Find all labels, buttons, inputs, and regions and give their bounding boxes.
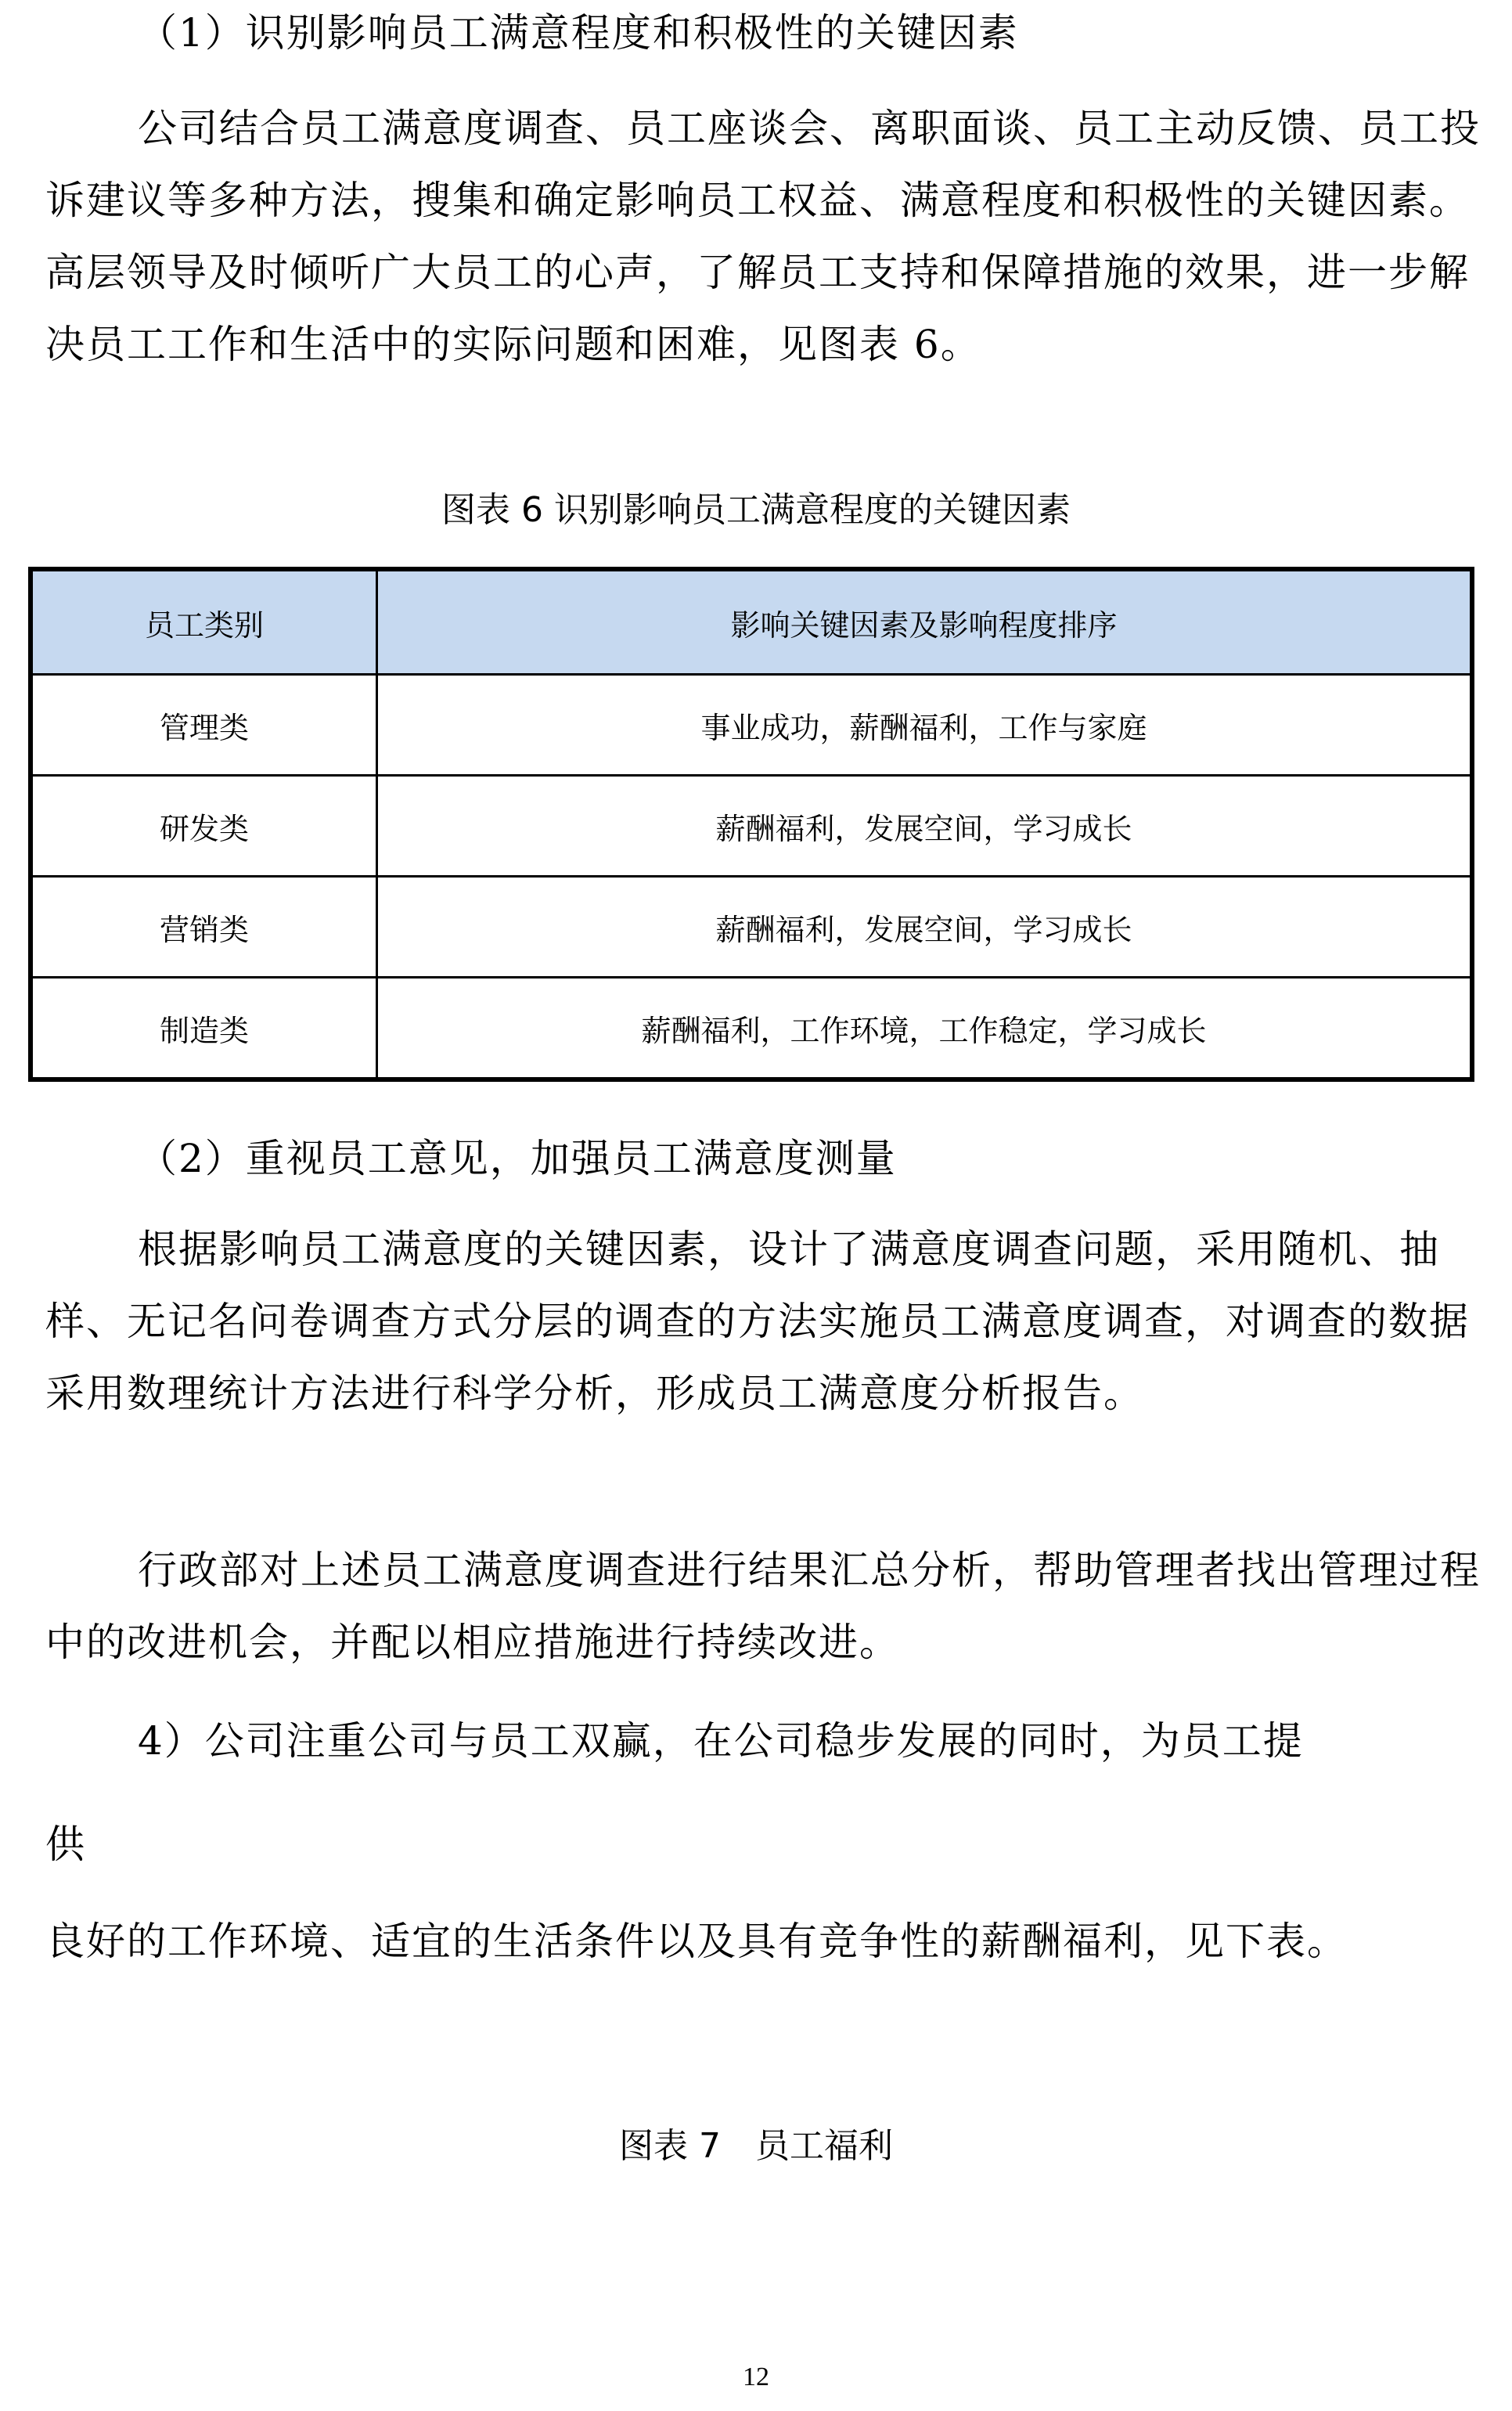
section2-paragraph-2: 行政部对上述员工满意度调查进行结果汇总分析，帮助管理者找出管理过程中的改进机会，… [45,1534,1485,1678]
section4-line-1: 4）公司注重公司与员工双赢，在公司稳步发展的同时，为员工提 [45,1705,1485,1777]
section4-line-3: 良好的工作环境、适宜的生活条件以及具有竞争性的薪酬福利，见下表。 [45,1905,1485,1977]
factors-cell: 事业成功，薪酬福利，工作与家庭 [377,675,1473,776]
table6-caption: 图表 6 识别影响员工满意程度的关键因素 [0,487,1512,534]
table-row: 营销类 薪酬福利，发展空间，学习成长 [31,877,1472,978]
factors-cell: 薪酬福利，工作环境，工作稳定，学习成长 [377,978,1473,1080]
table7-caption: 图表 7 员工福利 [0,2123,1512,2170]
section2-heading: （2）重视员工意见，加强员工满意度测量 [138,1127,897,1190]
column-header: 员工类别 [31,569,377,675]
section2-paragraph-1: 根据影响员工满意度的关键因素，设计了满意度调查问题，采用随机、抽样、无记名问卷调… [45,1213,1485,1429]
category-cell: 管理类 [31,675,377,776]
table-row: 研发类 薪酬福利，发展空间，学习成长 [31,776,1472,877]
key-factors-table: 员工类别 影响关键因素及影响程度排序 管理类 事业成功，薪酬福利，工作与家庭 研… [28,567,1474,1082]
page-number: 12 [0,2362,1512,2392]
table-header-row: 员工类别 影响关键因素及影响程度排序 [31,569,1472,675]
column-header: 影响关键因素及影响程度排序 [377,569,1473,675]
category-cell: 研发类 [31,776,377,877]
category-cell: 制造类 [31,978,377,1080]
section1-heading: （1）识别影响员工满意程度和积极性的关键因素 [138,2,1019,64]
section1-paragraph: 公司结合员工满意度调查、员工座谈会、离职面谈、员工主动反馈、员工投诉建议等多种方… [45,92,1485,380]
category-cell: 营销类 [31,877,377,978]
factors-cell: 薪酬福利，发展空间，学习成长 [377,776,1473,877]
table-row: 制造类 薪酬福利，工作环境，工作稳定，学习成长 [31,978,1472,1080]
section4-line-2: 供 [45,1808,1485,1880]
table-row: 管理类 事业成功，薪酬福利，工作与家庭 [31,675,1472,776]
factors-cell: 薪酬福利，发展空间，学习成长 [377,877,1473,978]
